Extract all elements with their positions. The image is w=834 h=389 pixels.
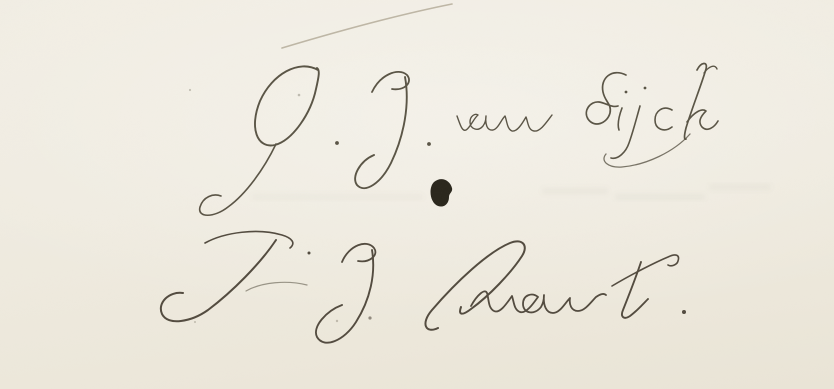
manuscript-page: G. J. van Eijck T. J. Swart.	[0, 0, 834, 389]
paper-grain	[0, 0, 834, 389]
handwriting-svg	[0, 0, 834, 389]
